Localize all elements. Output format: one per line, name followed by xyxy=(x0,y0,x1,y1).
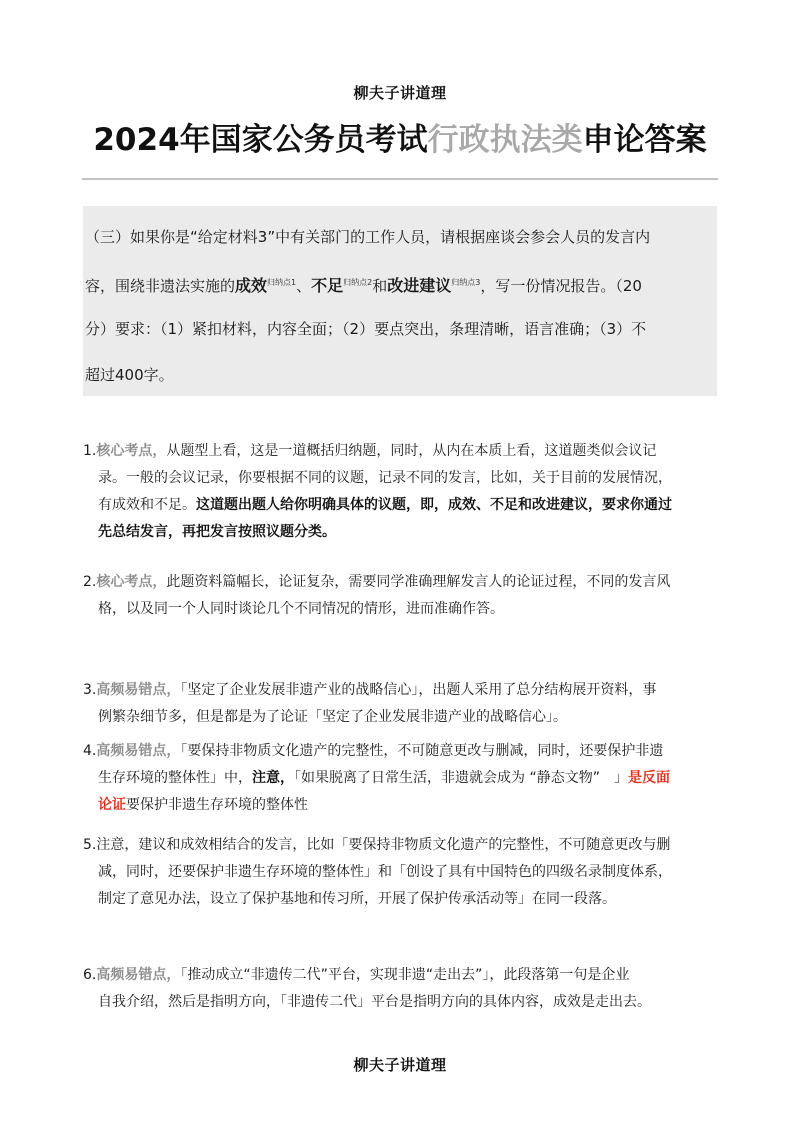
divider xyxy=(82,178,718,180)
item-line: 录。一般的会议记录，你要根据不同的议题，记录不同的发言，比如，关于目前的发展情况… xyxy=(83,465,723,492)
item-line: 有成效和不足。这道题出题人给你明确具体的议题，即，成效、不足和改进建议，要求你通… xyxy=(83,492,723,519)
list-item: 1.核心考点，从题型上看，这是一道概括归纳题，同时，从内在本质上看，这道题类似会… xyxy=(83,438,723,546)
item-text: 「推动成立“非遗传二代”平台，实现非遗“走出去”」，此段落第一句是企业 xyxy=(180,967,629,983)
question-text: 和 xyxy=(372,277,387,295)
item-text: 「坚定了企业发展非遗产业的战略信心」，出题人采用了总分结构展开资料，事 xyxy=(180,682,656,698)
item-number: 5. xyxy=(83,837,96,853)
item-text: 从题型上看，这是一道概括归纳题，同时，从内在本质上看，这道题类似会议记 xyxy=(166,443,656,459)
item-text: 要保护非遗生存环境的整体性 xyxy=(126,797,308,813)
item-number: 3. xyxy=(83,682,96,698)
item-line: 制定了意见办法，设立了保护基地和传习所，开展了保护传承活动等」在同一段落。 xyxy=(83,886,723,913)
question-line-3: 分）要求：（1）紧扣材料，内容全面；（2）要点突出，条理清晰，语言准确；（3）不 xyxy=(85,306,713,352)
item-line: 生存环境的整体性」中，注意，「如果脱离了日常生活，非遗就会成为 “静态文物” 」… xyxy=(83,765,723,792)
question-box: （三）如果你是“给定材料3”中有关部门的工作人员，请根据座谈会参会人员的发言内 … xyxy=(83,206,717,396)
item-number: 1. xyxy=(83,443,96,459)
item-text: 「要保持非物质文化遗产的完整性，不可随意更改与删减，同时，还要保护非遗 xyxy=(180,743,663,759)
point-label-3: 归纳点3 xyxy=(451,278,480,287)
document-page: 柳夫子讲道理 2024年国家公务员考试行政执法类申论答案 （三）如果你是“给定材… xyxy=(0,0,800,1132)
question-text: ，写一份情况报告。（20 xyxy=(480,277,642,295)
question-text: 容，围绕非遗法实施的 xyxy=(85,277,235,295)
item-number: 4. xyxy=(83,743,96,759)
list-item: 6.高频易错点，「推动成立“非遗传二代”平台，实现非遗“走出去”」，此段落第一句… xyxy=(83,962,723,1016)
title-part-1: 2024年国家公务员考试 xyxy=(93,122,427,158)
item-line: 减，同时，还要保护非遗生存环境的整体性」和「创设了具有中国特色的四级名录制度体系… xyxy=(83,859,723,886)
item-tag: 高频易错点， xyxy=(96,682,180,698)
item-line: 论证要保护非遗生存环境的整体性 xyxy=(83,792,723,819)
item-line: 2.核心考点，此题资料篇幅长，论证复杂，需要同学准确理解发言人的论证过程，不同的… xyxy=(83,569,723,596)
item-line: 自我介绍，然后是指明方向，「非遗传二代」平台是指明方向的具体内容，成效是走出去。 xyxy=(83,989,723,1016)
item-number: 2. xyxy=(83,574,96,590)
keyword-suggestions: 改进建议 xyxy=(387,276,451,295)
item-red-highlight: 是反面 xyxy=(628,770,670,786)
page-title: 2024年国家公务员考试行政执法类申论答案 xyxy=(0,114,800,159)
item-line: 例繁杂细节多，但是都是为了论证「坚定了企业发展非遗产业的战略信心」。 xyxy=(83,704,723,731)
item-line: 格，以及同一个人同时谈论几个不同情况的情形，进而准确作答。 xyxy=(83,596,723,623)
brand-header: 柳夫子讲道理 xyxy=(0,82,800,103)
item-line: 1.核心考点，从题型上看，这是一道概括归纳题，同时，从内在本质上看，这道题类似会… xyxy=(83,438,723,465)
item-emphasis: 这道题出题人给你明确具体的议题，即，成效、不足和改进建议，要求你通过 xyxy=(196,497,672,513)
question-text: 、 xyxy=(296,277,311,295)
keyword-shortcomings: 不足 xyxy=(311,276,343,295)
item-text: 「如果脱离了日常生活，非遗就会成为 “静态文物” 」 xyxy=(294,770,628,786)
item-tag: 核心考点， xyxy=(96,443,166,459)
item-text: 生存环境的整体性」中， xyxy=(98,770,252,786)
item-tag: 高频易错点， xyxy=(96,967,180,983)
point-label-2: 归纳点2 xyxy=(343,278,372,287)
list-item: 2.核心考点，此题资料篇幅长，论证复杂，需要同学准确理解发言人的论证过程，不同的… xyxy=(83,569,723,623)
item-tag: 高频易错点， xyxy=(96,743,180,759)
brand-footer: 柳夫子讲道理 xyxy=(0,1054,800,1075)
item-line: 6.高频易错点，「推动成立“非遗传二代”平台，实现非遗“走出去”」，此段落第一句… xyxy=(83,962,723,989)
list-item: 3.高频易错点，「坚定了企业发展非遗产业的战略信心」，出题人采用了总分结构展开资… xyxy=(83,677,723,731)
item-line: 5.注意，建议和成效相结合的发言，比如「要保持非物质文化遗产的完整性，不可随意更… xyxy=(83,832,723,859)
item-emphasis: 先总结发言，再把发言按照议题分类。 xyxy=(83,519,723,546)
question-line-4: 超过400字。 xyxy=(85,352,713,398)
keyword-achievements: 成效 xyxy=(235,276,267,295)
item-tag: 核心考点， xyxy=(96,574,166,590)
question-line-2: 容，围绕非遗法实施的成效归纳点1、不足归纳点2和改进建议归纳点3，写一份情况报告… xyxy=(85,260,713,306)
question-line-1: （三）如果你是“给定材料3”中有关部门的工作人员，请根据座谈会参会人员的发言内 xyxy=(85,214,713,260)
item-text: 此题资料篇幅长，论证复杂，需要同学准确理解发言人的论证过程，不同的发言风 xyxy=(166,574,670,590)
point-label-1: 归纳点1 xyxy=(267,278,296,287)
title-part-2-highlight: 行政执法类 xyxy=(428,122,583,158)
item-line: 3.高频易错点，「坚定了企业发展非遗产业的战略信心」，出题人采用了总分结构展开资… xyxy=(83,677,723,704)
list-item: 5.注意，建议和成效相结合的发言，比如「要保持非物质文化遗产的完整性，不可随意更… xyxy=(83,832,723,913)
list-item: 4.高频易错点，「要保持非物质文化遗产的完整性，不可随意更改与删减，同时，还要保… xyxy=(83,738,723,819)
item-emphasis: 注意， xyxy=(252,770,294,786)
item-text: 注意，建议和成效相结合的发言，比如「要保持非物质文化遗产的完整性，不可随意更改与… xyxy=(96,837,670,853)
title-part-3: 申论答案 xyxy=(583,122,707,158)
item-text: 有成效和不足。 xyxy=(98,497,196,513)
item-number: 6. xyxy=(83,967,96,983)
item-red-highlight: 论证 xyxy=(98,797,126,813)
item-line: 4.高频易错点，「要保持非物质文化遗产的完整性，不可随意更改与删减，同时，还要保… xyxy=(83,738,723,765)
